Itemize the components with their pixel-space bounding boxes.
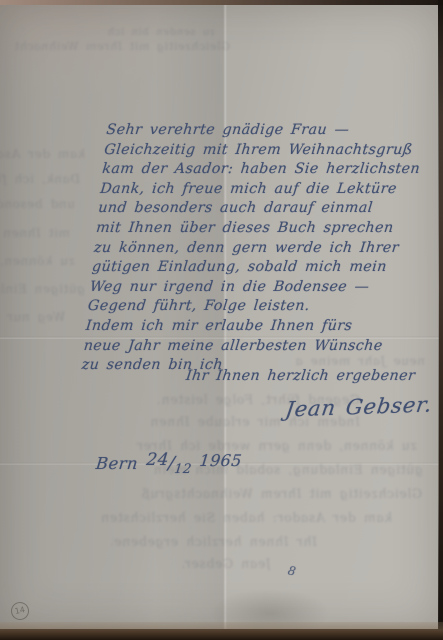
ghost-text-line: Ihr Ihnen herzlich ergebener (111, 534, 318, 549)
date-day: 24 (145, 450, 170, 470)
signature: Jean Gebser. (284, 392, 434, 421)
ghost-text-line: kam der Asador: haben Sie herzlichsten (51, 510, 393, 525)
letter-line: zu können, denn gern werde ich Ihrer (93, 239, 413, 259)
ghost-text-line: Weg nur irgend in die Bodensee — (0, 310, 66, 324)
letter-line: Dank, ich freue mich auf die Lektüre (99, 180, 419, 200)
letter-line: kam der Asador: haben Sie herzlichsten (101, 160, 421, 180)
background-edge-top (0, 0, 443, 5)
ghost-text-line: Dank, ich freue mich auf die Lektüre (0, 172, 81, 186)
letter-line: Gegend führt, Folge leisten. (87, 297, 407, 317)
letter-line: Indem ich mir erlaube Ihnen fürs (85, 317, 405, 337)
ghost-text-line: und besonders auch darauf einmal (0, 197, 76, 211)
letter-line: und besonders auch darauf einmal (97, 199, 417, 219)
letter-line: mit Ihnen über dieses Buch sprechen (95, 219, 415, 239)
letter-line: Sehr verehrte gnädige Frau — (105, 121, 425, 141)
ghost-text-line: zu senden bin ich (94, 27, 215, 38)
ghost-text-line: gütigen Einladung, sobald mich mein (0, 282, 86, 296)
ghost-text-line: Jean Gebser. (95, 556, 272, 571)
dateline: Bern24/121965 (95, 453, 243, 474)
letter-line: Weg nur irgend in die Bodensee — (89, 278, 409, 298)
letter-line: gütigen Einladung, sobald mich mein (91, 258, 411, 278)
background-strip-dark (0, 630, 443, 640)
date-place: Bern (95, 454, 139, 473)
letter-closing: Ihr Ihnen herzlich ergebener (185, 368, 416, 384)
letter-line: neue Jahr meine allerbesten Wünsche (83, 337, 403, 357)
letter-paper: zu senden bin ich Gleichzeitig mit Ihrem… (0, 4, 439, 629)
letter-line: Gleichzeitig mit Ihrem Weihnachtsgruß (103, 141, 423, 161)
ghost-text-line: mit Ihnen über dieses Buch sprechen (0, 226, 71, 240)
date-year: 1965 (199, 451, 243, 470)
page-number-ink-mark: 8 (287, 563, 298, 578)
ghost-text-line: Gleichzeitig mit Ihrem Weihnachtsgruß (41, 486, 423, 501)
letter-body: Sehr verehrte gnädige Frau — Gleichzeiti… (81, 121, 426, 376)
date-month: 12 (174, 462, 193, 477)
ghost-text-line: kam der Asador: haben Sie herzlichsten (0, 147, 86, 161)
ghost-text-line: zu können, denn gern werde ich Ihrer (0, 254, 76, 268)
letter-photograph: zu senden bin ich Gleichzeitig mit Ihrem… (0, 0, 443, 640)
background-edge-right (438, 0, 443, 640)
ghost-text-line: Gleichzeitig mit Ihrem Weihnachtsgruß (14, 40, 230, 53)
